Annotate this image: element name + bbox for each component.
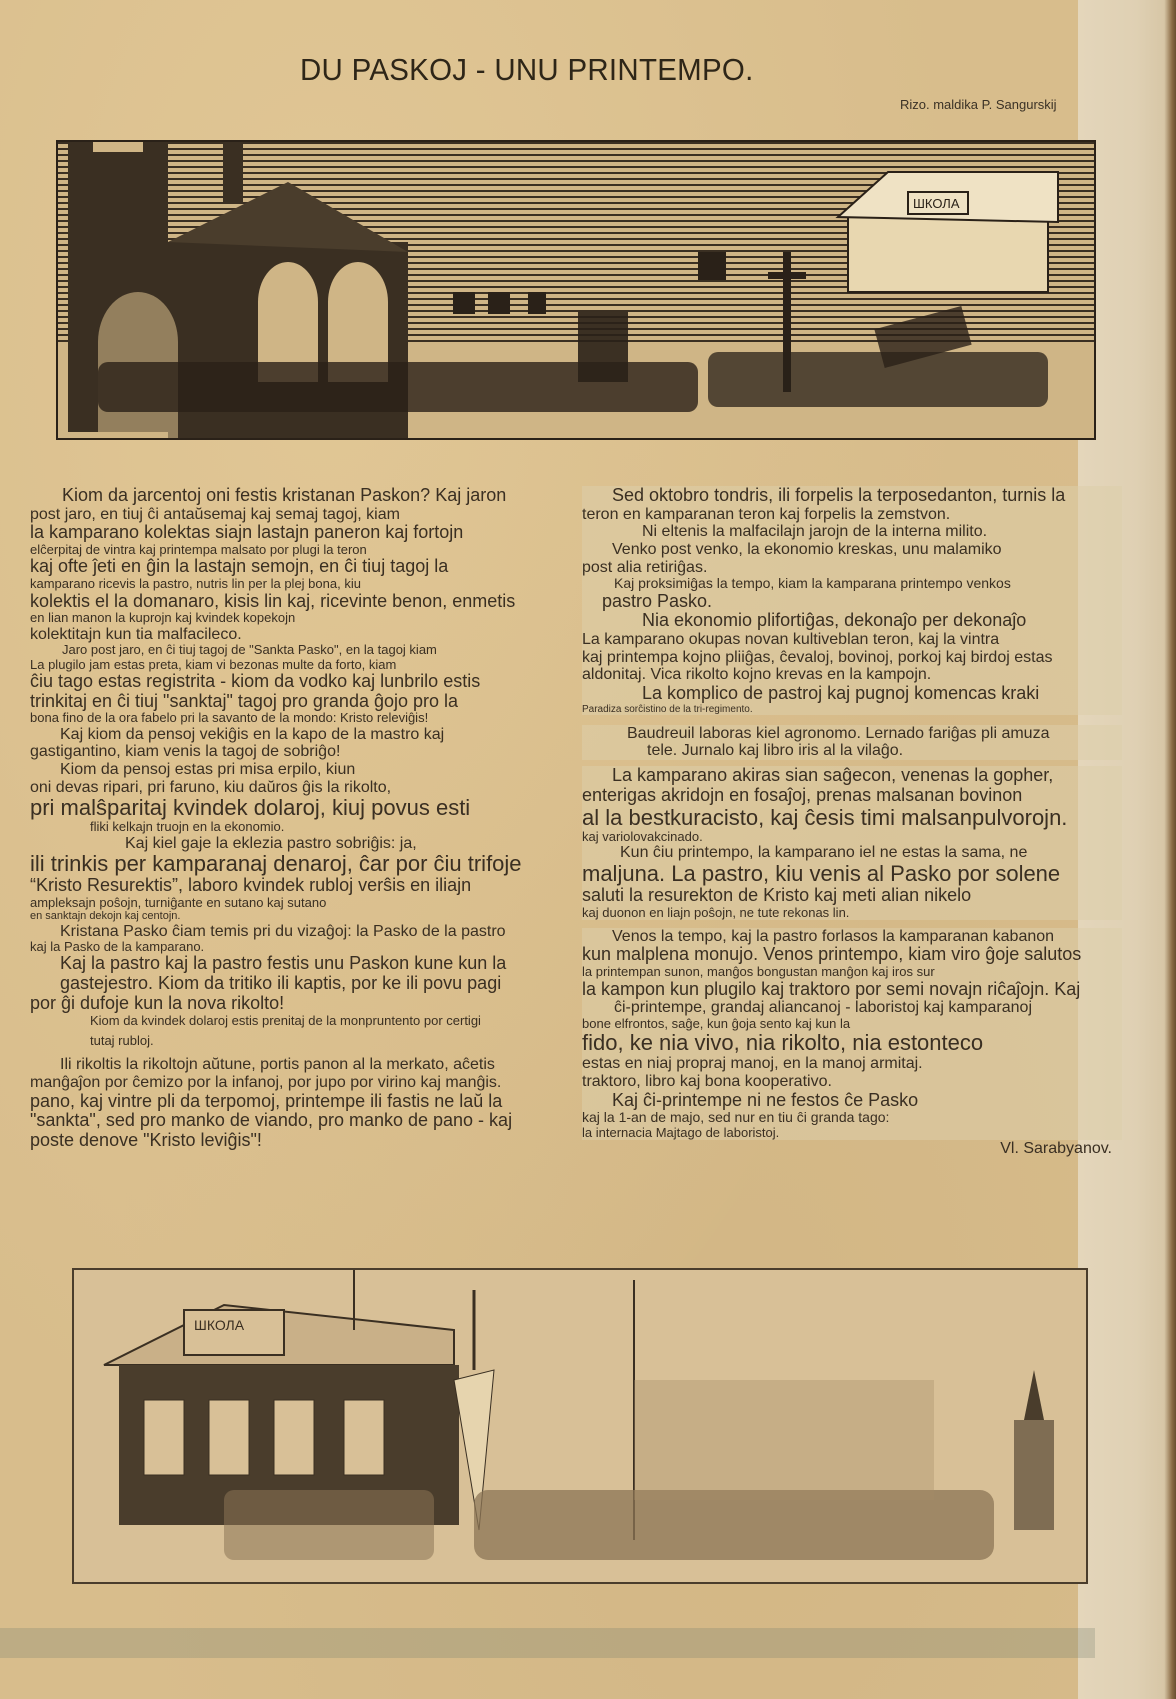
text-line: kaj printempa kojno pliiĝas, ĉevaloj, bo… [582, 649, 1122, 667]
text-line: Kaj ĉi-printempe ni ne festos ĉe Pasko [582, 1091, 1122, 1111]
text-line: Nia ekonomio plifortiĝas, dekonaĵo per d… [582, 611, 1122, 631]
text-line: Kun ĉiu printempo, la kamparano iel ne e… [582, 844, 1122, 862]
text-line: ampleksajn poŝojn, turniĝante en sutano … [30, 896, 560, 910]
signature: Vl. Sarabyanov. [582, 1140, 1122, 1158]
text-line: bona fino de la ora fabelo pri la savant… [30, 711, 560, 725]
text-line: kaj ofte ĵeti en ĝin la lastajn semojn, … [30, 557, 560, 577]
may-day-march-engraving-icon: ШКОЛА [74, 1270, 1086, 1582]
text-line: Venko post venko, la ekonomio kreskas, u… [582, 541, 1122, 559]
right-column: Sed oktobro tondris, ili forpelis la ter… [582, 486, 1122, 1158]
text-line: gastejestro. Kiom da tritiko ili kaptis,… [30, 974, 560, 994]
text-line: Kaj kiom da pensoj vekiĝis en la kapo de… [30, 726, 560, 744]
text-line: al la bestkuracisto, kaj ĉesis timi mals… [582, 806, 1122, 830]
text-line: La komplico de pastroj kaj pugnoj komenc… [582, 684, 1122, 704]
text-line: Baudreuil laboras kiel agronomo. Lernado… [582, 725, 1122, 743]
text-line: teron en kamparanan teron kaj forpelis l… [582, 506, 1122, 524]
article-title: DU PASKOJ - UNU PRINTEMPO. [300, 52, 754, 88]
text-line: tutaj rubloj. [30, 1034, 560, 1048]
text-line: enterigas akridojn en fosaĵoj, prenas ma… [582, 786, 1122, 806]
text-line: post alia retiriĝas. [582, 559, 1122, 577]
text-line: Kiom da kvindek dolaroj estis prenitaj d… [30, 1014, 560, 1028]
text-line: pastro Pasko. [582, 592, 1122, 612]
text-line: post jaro, en tiuj ĉi antaŭsemaj kaj sem… [30, 506, 560, 524]
text-line: ili trinkis per kamparanaj denaroj, ĉar … [30, 852, 560, 876]
text-line: Kaj kiel gaje la eklezia pastro sobriĝis… [30, 835, 560, 853]
text-line: la internacia Majtago de laboristoj. [582, 1126, 1122, 1140]
text-line: “Kristo Resurektis”, laboro kvindek rubl… [30, 876, 560, 896]
text-line: elĉerpitaj de vintra kaj printempa malsa… [30, 543, 560, 557]
text-line: kaj duonon en liajn poŝojn, ne tute reko… [582, 906, 1122, 920]
text-line: aldonitaj. Vica rikolto kojno krevas en … [582, 666, 1122, 684]
text-line: la printempan sunon, manĝos bongustan ma… [582, 965, 1122, 979]
text-line: Kristana Pasko ĉiam temis pri du vizaĝoj… [30, 923, 560, 941]
tape-stain [0, 1628, 1095, 1658]
text-line: kolektis el la domanaro, kisis lin kaj, … [30, 592, 560, 612]
text-line: maljuna. La pastro, kiu venis al Pasko p… [582, 862, 1122, 886]
left-column: Kiom da jarcentoj oni festis kristanan P… [30, 486, 560, 1151]
text-line: oni devas ripari, pri faruno, kiu daŭros… [30, 779, 560, 797]
text-line: gastigantino, kiam venis la tagoj de sob… [30, 743, 560, 761]
text-line: "sankta", sed pro manko de viando, pro m… [30, 1111, 560, 1131]
text-line: Paradiza sorĉistino de la tri-regimento. [582, 704, 1122, 715]
text-line: saluti la resurekton de Kristo kaj meti … [582, 886, 1122, 906]
text-line: en lian manon la kuprojn kaj kvindek kop… [30, 611, 560, 625]
text-line: poste denove "Kristo leviĝis"! [30, 1131, 560, 1151]
text-line: kamparano ricevis la pastro, nutris lin … [30, 577, 560, 591]
text-line: traktoro, libro kaj bona kooperativo. [582, 1073, 1122, 1091]
text-line: Sed oktobro tondris, ili forpelis la ter… [582, 486, 1122, 506]
text-line: bone elfrontos, saĝe, kun ĝoja sento kaj… [582, 1017, 1122, 1031]
text-line: fliki kelkajn truojn en la ekonomio. [30, 820, 560, 834]
text-line: la kampon kun plugilo kaj traktoro por s… [582, 980, 1122, 1000]
text-line: la kamparano kolektas siajn lastajn pane… [30, 523, 560, 543]
text-line: Jaro post jaro, en ĉi tiuj tagoj de "San… [30, 643, 560, 657]
text-line: Venos la tempo, kaj la pastro forlasos l… [582, 928, 1122, 946]
text-line: tele. Jurnalo kaj libro iris al la vilaĝ… [582, 742, 1122, 760]
text-line: Kaj la pastro kaj la pastro festis unu P… [30, 954, 560, 974]
text-line: ĉiu tago estas registrita - kiom da vodk… [30, 672, 560, 692]
svg-text:ШКОЛА: ШКОЛА [194, 1317, 245, 1333]
text-line: fido, ke nia vivo, nia rikolto, nia esto… [582, 1031, 1122, 1055]
text-line: kaj variolovakcinado. [582, 830, 1122, 844]
text-line: en sanktajn dekojn kaj centojn. [30, 910, 560, 922]
text-line: Kiom da pensoj estas pri misa erpilo, ki… [30, 761, 560, 779]
text-line: ĉi-printempe, grandaj aliancanoj - labor… [582, 999, 1122, 1017]
procession-woodcut-icon: ШКОЛА [58, 142, 1094, 438]
text-line: kun malplena monujo. Venos printempo, ki… [582, 945, 1122, 965]
text-line: La kamparano okupas novan kultiveblan te… [582, 631, 1122, 649]
bottom-illustration: ШКОЛА [72, 1268, 1088, 1584]
top-illustration: ШКОЛА [56, 140, 1096, 440]
text-line: kaj la Pasko de la kamparano. [30, 940, 560, 954]
illustration-credit: Rizo. maldika P. Sangurskij [900, 97, 1057, 112]
text-line: pri malŝparitaj kvindek dolaroj, kiuj po… [30, 796, 560, 820]
text-line: La kamparano akiras sian saĝecon, venena… [582, 766, 1122, 786]
text-line: por ĝi dufoje kun la nova rikolto! [30, 994, 560, 1014]
text-line: Ili rikoltis la rikoltojn aŭtune, portis… [30, 1056, 560, 1074]
text-line: La plugilo jam estas preta, kiam vi bezo… [30, 658, 560, 672]
text-line: manĝaĵon por ĉemizo por la infanoj, por … [30, 1074, 560, 1092]
text-line: Kiom da jarcentoj oni festis kristanan P… [30, 486, 560, 506]
text-line: Kaj proksimiĝas la tempo, kiam la kampar… [582, 576, 1122, 591]
text-line: estas en niaj propraj manoj, en la manoj… [582, 1055, 1122, 1073]
text-line: Ni eltenis la malfacilajn jarojn de la i… [582, 523, 1122, 541]
text-line: pano, kaj vintre pli da terpomoj, printe… [30, 1092, 560, 1112]
text-line: kolektitajn kun tia malfacileco. [30, 626, 560, 644]
text-line: trinkitaj en ĉi tiuj "sanktaj" tagoj pro… [30, 692, 560, 712]
svg-text:ШКОЛА: ШКОЛА [913, 196, 960, 211]
text-line: kaj la 1-an de majo, sed nur en tiu ĉi g… [582, 1110, 1122, 1125]
